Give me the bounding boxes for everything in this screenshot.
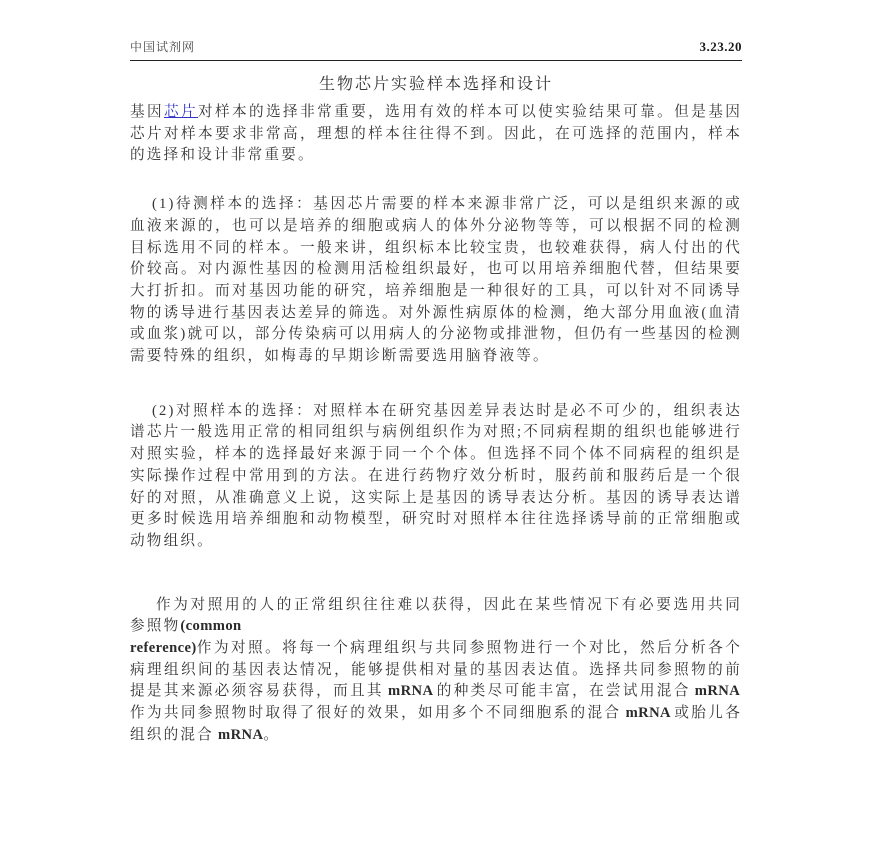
- page-title: 生物芯片实验样本选择和设计: [130, 74, 742, 96]
- mrna-bold-4: mRNA: [214, 727, 263, 743]
- reference-close-bold: reference): [130, 640, 197, 656]
- site-name: 中国试剂网: [130, 38, 195, 55]
- mrna-bold-2: mRNA: [691, 683, 742, 699]
- chip-link[interactable]: 芯片: [164, 104, 198, 120]
- intro-text-before-link: 基因: [130, 104, 164, 120]
- sample-selection-paragraph: (1)待测样本的选择：基因芯片需要的样本来源非常广泛，可以是组织来源的或血液来源…: [130, 194, 742, 368]
- header-date: 3.23.20: [700, 39, 743, 55]
- common-ref-seg4: 作为共同参照物时取得了很好的效果，如用多个不同细胞系的混合: [130, 705, 621, 721]
- document-page: 中国试剂网 3.23.20 生物芯片实验样本选择和设计 基因芯片对样本的选择非常…: [0, 0, 870, 842]
- mrna-bold-3: mRNA: [621, 705, 674, 721]
- common-open-bold: (common: [180, 618, 241, 634]
- intro-text-after-link: 对样本的选择非常重要，选用有效的样本可以使实验结果可靠。但是基因芯片对样本要求非…: [130, 104, 742, 163]
- common-ref-seg6: 。: [263, 727, 280, 743]
- common-reference-paragraph: 作为对照用的人的正常组织往往难以获得，因此在某些情况下有必要选用共同参照物(co…: [130, 595, 742, 747]
- mrna-bold-1: mRNA: [384, 683, 437, 699]
- common-ref-seg3: 的种类尽可能丰富，在尝试用混合: [437, 683, 691, 699]
- intro-paragraph: 基因芯片对样本的选择非常重要，选用有效的样本可以使实验结果可靠。但是基因芯片对样…: [130, 102, 742, 167]
- header-rule: [130, 60, 742, 61]
- control-sample-paragraph: (2)对照样本的选择：对照样本在研究基因差异表达时是必不可少的，组织表达谱芯片一…: [130, 401, 742, 553]
- page-header: 中国试剂网 3.23.20: [130, 38, 742, 54]
